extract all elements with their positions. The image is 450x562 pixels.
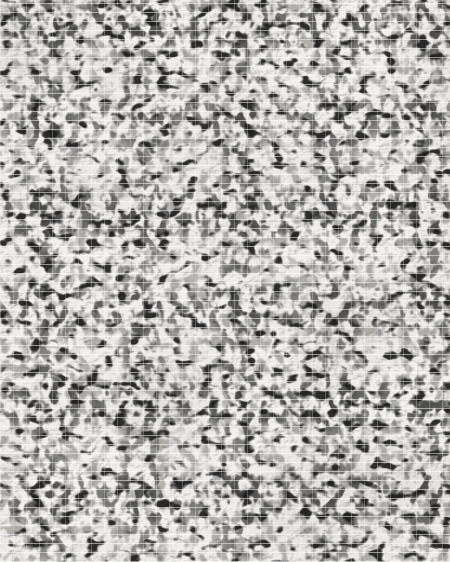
yarn-dark-band-layer xyxy=(0,0,450,562)
fabric-texture-canvas xyxy=(0,0,450,562)
fabric-photo xyxy=(0,0,450,562)
